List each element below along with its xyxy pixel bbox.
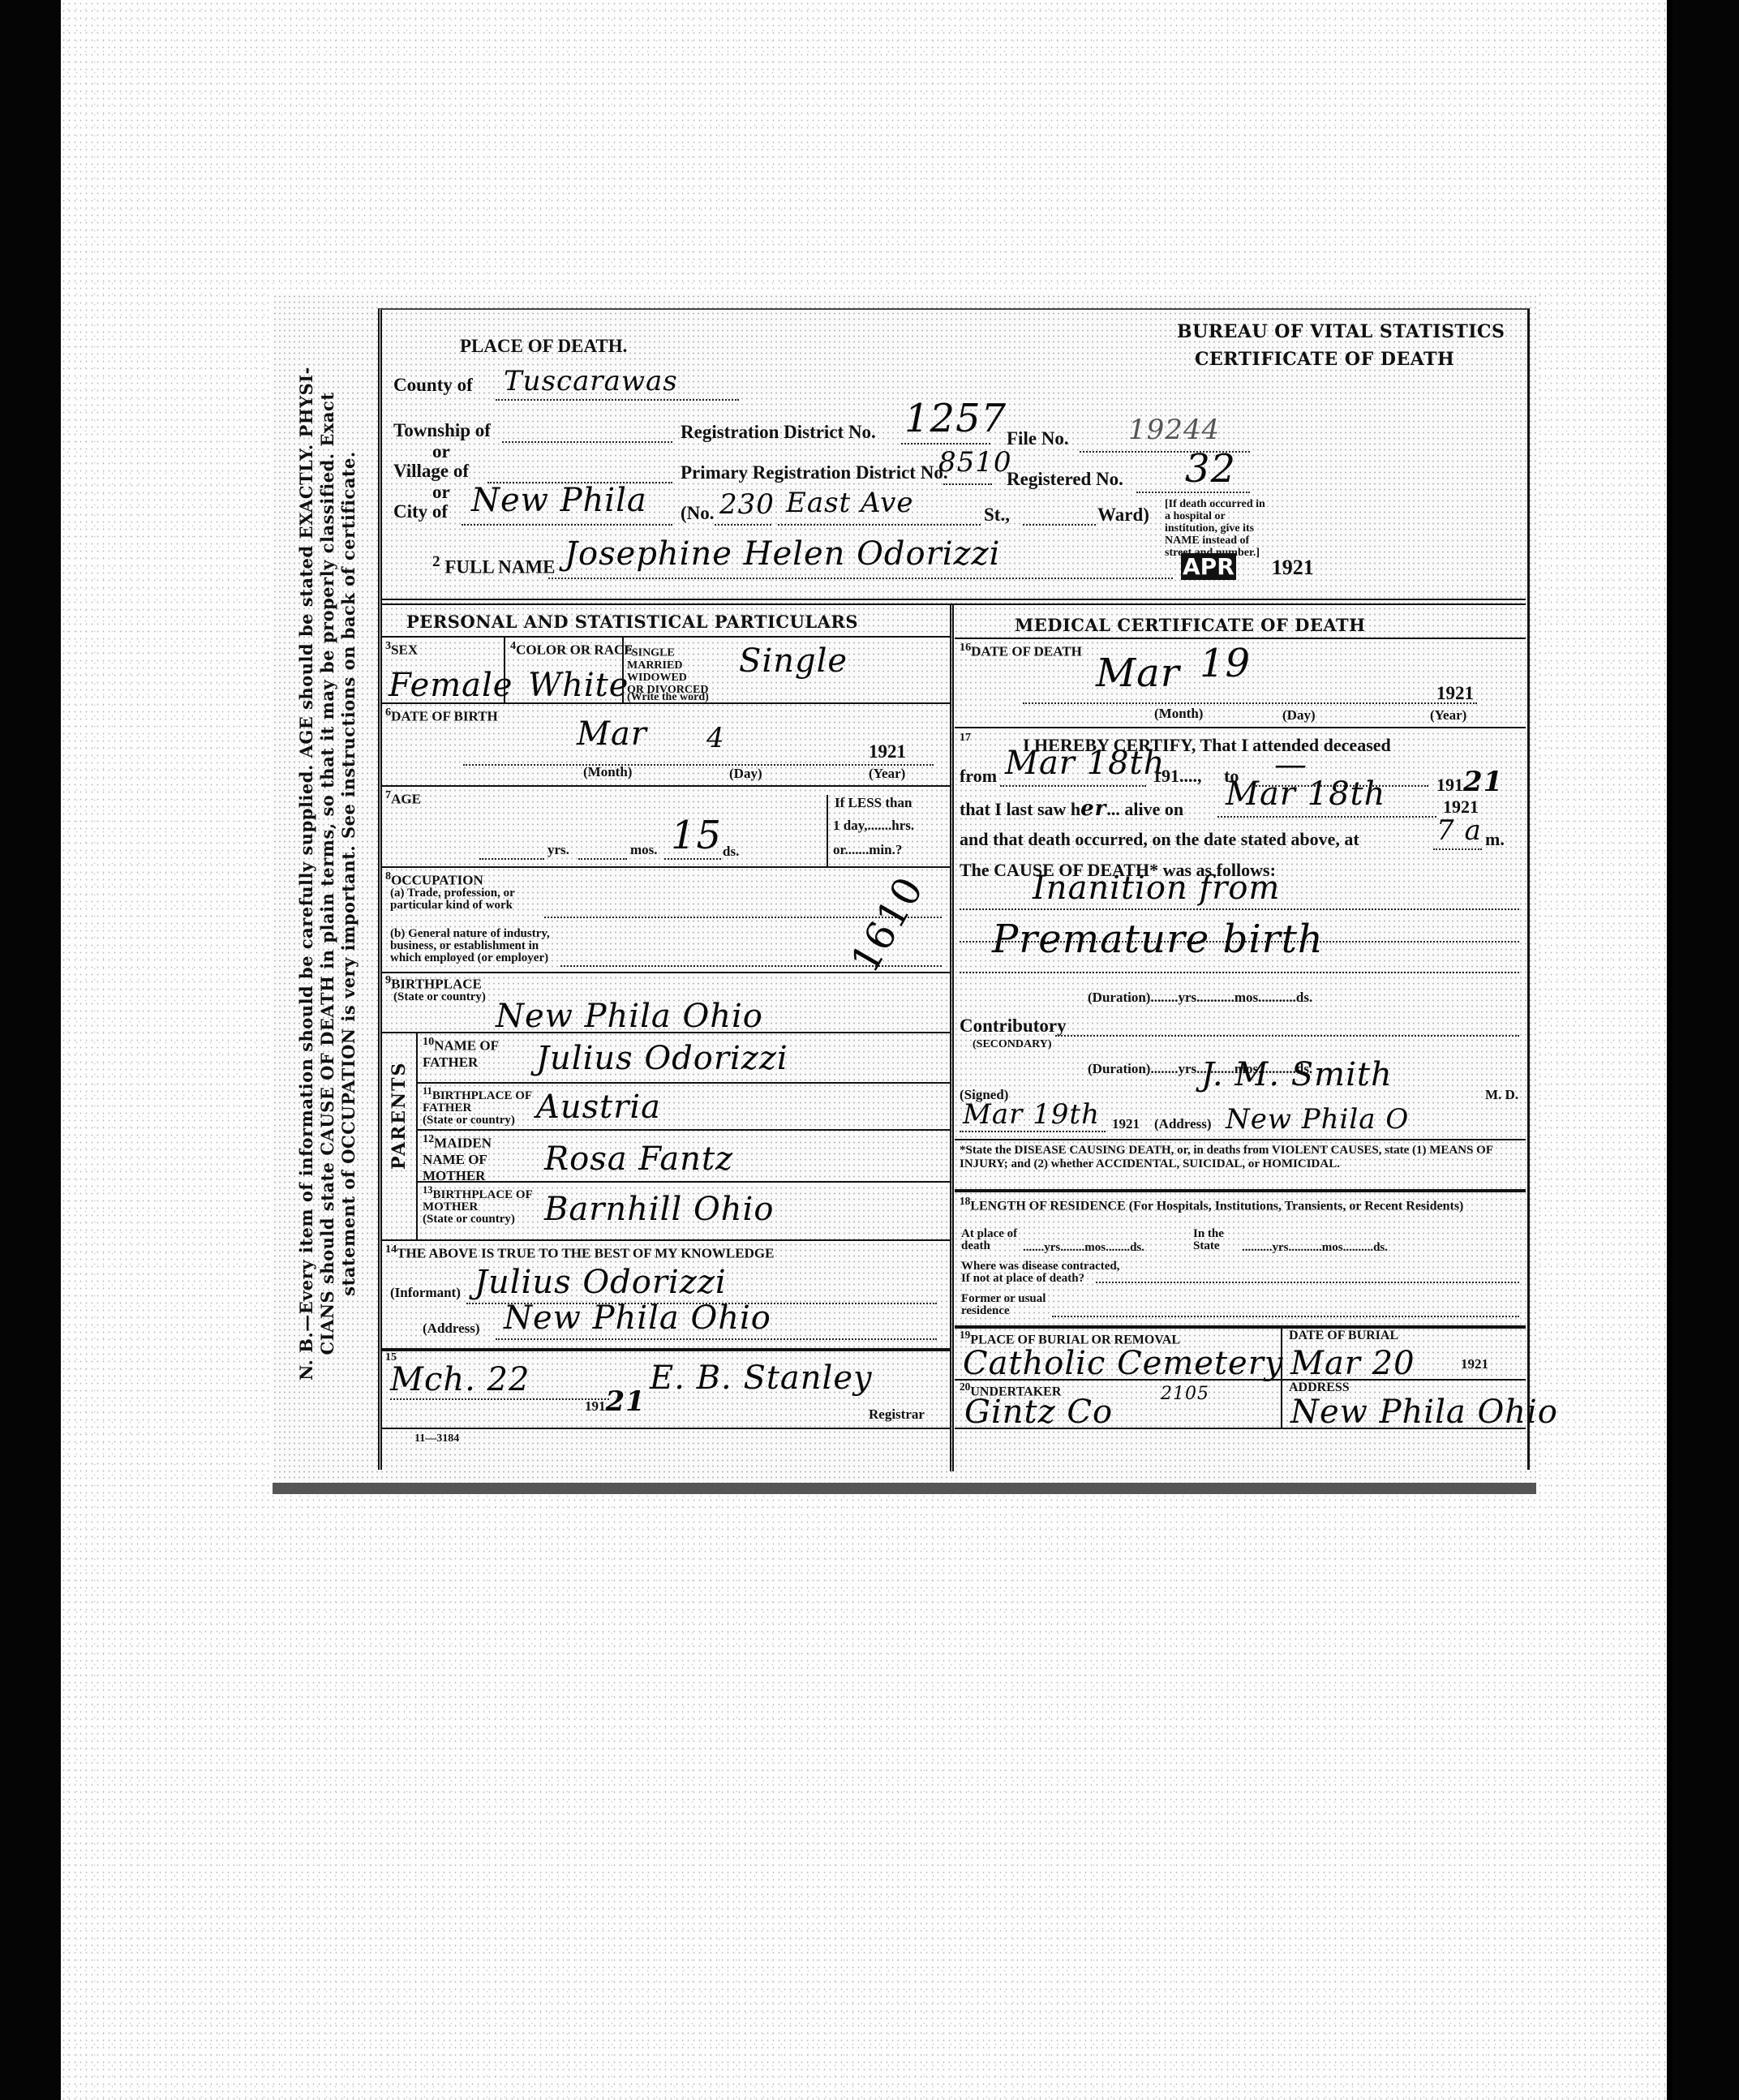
occupation-a-label: (a) Trade, profession, or particular kin… bbox=[390, 887, 544, 912]
md-label: M. D. bbox=[1485, 1087, 1518, 1103]
primary-district-field: 8510 bbox=[943, 461, 992, 485]
less-than-label: If LESS than bbox=[835, 795, 912, 811]
certificate-form: BUREAU OF VITAL STATISTICS CERTIFICATE O… bbox=[378, 308, 1530, 1470]
birthplace-value: New Phila Ohio bbox=[496, 998, 763, 1035]
street-label: St., bbox=[984, 505, 1010, 526]
or-label-3: or bbox=[833, 842, 845, 857]
signed-date-field: Mar 19th bbox=[960, 1116, 1106, 1132]
age-years-field bbox=[479, 844, 544, 860]
county-field: Tuscarawas bbox=[496, 375, 739, 401]
undertaker-address-value: New Phila Ohio bbox=[1290, 1394, 1558, 1431]
filed-date-field: Mch. 22 bbox=[390, 1382, 609, 1400]
cause-duration: (Duration)........yrs...........mos.....… bbox=[1088, 990, 1312, 1006]
dob-month: Mar bbox=[577, 715, 647, 753]
informant-value: Julius Odorizzi bbox=[474, 1264, 727, 1301]
mother-birthplace-label: 13BIRTHPLACE OF MOTHER(State or country) bbox=[423, 1184, 536, 1226]
undertaker-note: 2105 bbox=[1161, 1384, 1209, 1404]
file-no-value: 19244 bbox=[1128, 414, 1220, 446]
side-note-line-1: N. B.—Every item of information should b… bbox=[296, 306, 317, 1441]
attended-from-label: from bbox=[960, 766, 997, 787]
race-value: White bbox=[528, 667, 629, 704]
primary-district-value: 8510 bbox=[938, 446, 1012, 479]
informant-label: (Informant) bbox=[390, 1285, 461, 1301]
former-residence-field bbox=[1052, 1311, 1519, 1317]
full-name-label: 2 FULL NAME bbox=[432, 553, 555, 578]
file-no-label: File No. bbox=[1007, 428, 1069, 449]
marital-hint: (Write the word) bbox=[627, 691, 709, 703]
cause-line-1-field: Inanition from bbox=[960, 894, 1519, 910]
birthplace-hint: (State or country) bbox=[393, 991, 486, 1003]
day-caption: (Day) bbox=[729, 766, 762, 782]
dob-day: 4 bbox=[706, 722, 725, 754]
cause-line-2-field: Premature birth bbox=[960, 926, 1519, 943]
village-field bbox=[487, 461, 672, 483]
last-saw-label: that I last saw h bbox=[960, 799, 1080, 819]
form-number: 11—3184 bbox=[414, 1432, 459, 1445]
signed-date-value: Mar 19th bbox=[963, 1098, 1100, 1131]
divider bbox=[382, 702, 950, 704]
city-label: City of bbox=[393, 501, 448, 522]
scan-border-right bbox=[1672, 0, 1739, 2100]
street-value: East Ave bbox=[786, 487, 914, 519]
date-of-death-year: 1921 bbox=[1436, 683, 1474, 704]
side-instructions: N. B.—Every item of information should b… bbox=[279, 294, 376, 1454]
residence-title: 18LENGTH OF RESIDENCE (For Hospitals, In… bbox=[960, 1194, 1519, 1213]
physician-address-label: (Address) bbox=[1154, 1116, 1212, 1132]
divider bbox=[416, 1181, 950, 1183]
parents-side-label: PARENTS bbox=[389, 1062, 410, 1170]
father-name-label: 10NAME OF FATHER bbox=[423, 1035, 512, 1071]
father-birthplace-value: Austria bbox=[536, 1089, 661, 1126]
or-label: or bbox=[432, 441, 450, 462]
alive-on-value: Mar 18th bbox=[1226, 775, 1385, 813]
divider bbox=[1281, 1325, 1282, 1428]
registered-no-label: Registered No. bbox=[1007, 469, 1123, 490]
less-day-label: 1 day, bbox=[833, 818, 868, 833]
divider bbox=[382, 866, 950, 868]
contracted-field bbox=[1096, 1277, 1519, 1283]
contributory-field bbox=[1055, 1020, 1519, 1037]
informant-address-field: New Phila Ohio bbox=[496, 1322, 937, 1340]
divider bbox=[382, 636, 950, 638]
burial-place-value: Catholic Cemetery bbox=[963, 1345, 1283, 1382]
burial-date-label: DATE OF BURIAL bbox=[1289, 1329, 1398, 1343]
date-of-death-month: Mar bbox=[1096, 651, 1180, 696]
filed-year-value: 21 bbox=[606, 1385, 646, 1418]
divider bbox=[382, 599, 1526, 600]
column-divider bbox=[950, 603, 954, 1471]
mother-birthplace-value: Barnhill Ohio bbox=[544, 1191, 774, 1228]
medical-section-title: MEDICAL CERTIFICATE OF DEATH bbox=[1015, 615, 1366, 635]
divider bbox=[955, 1189, 1526, 1192]
race-label: 4COLOR OR RACE bbox=[510, 639, 633, 659]
attended-to-year: 21 bbox=[1463, 766, 1503, 798]
dob-label: 6DATE OF BIRTH bbox=[385, 706, 498, 725]
township-field bbox=[502, 420, 672, 443]
dob-field bbox=[463, 748, 934, 766]
year-caption: (Year) bbox=[869, 766, 905, 782]
full-name-field: Josephine Helen Odorizzi bbox=[548, 555, 1173, 579]
dob-year: 1921 bbox=[869, 741, 906, 762]
registered-no-value: 32 bbox=[1185, 446, 1236, 492]
dod-day-caption: (Day) bbox=[1282, 707, 1316, 724]
contributory-label: Contributory bbox=[960, 1016, 1067, 1037]
attended-from-value: Mar 18th bbox=[1005, 745, 1165, 782]
street-field: East Ave bbox=[778, 503, 981, 526]
informant-statement: 14THE ABOVE IS TRUE TO THE BEST OF MY KN… bbox=[385, 1243, 774, 1262]
cause-footnote: *State the DISEASE CAUSING DEATH, or, in… bbox=[960, 1144, 1519, 1171]
month-caption: (Month) bbox=[583, 764, 632, 780]
former-residence-label: Former or usual residence bbox=[961, 1293, 1058, 1317]
at-place-label: At place of death bbox=[961, 1228, 1026, 1252]
village-label: Village of bbox=[393, 461, 469, 482]
township-label: Township of bbox=[393, 420, 491, 441]
dod-year-caption: (Year) bbox=[1430, 707, 1466, 724]
informant-address-value: New Phila Ohio bbox=[504, 1299, 771, 1337]
primary-district-label: Primary Registration District No. bbox=[681, 462, 948, 483]
stamp-year: 1921 bbox=[1272, 556, 1314, 579]
physician-signature: J. M. Smith bbox=[1201, 1056, 1393, 1093]
certify-number: 17 bbox=[960, 732, 971, 744]
registrar-label: Registrar bbox=[869, 1406, 925, 1423]
father-name-value: Julius Odorizzi bbox=[536, 1040, 788, 1077]
divider bbox=[382, 785, 950, 787]
divider bbox=[382, 1239, 950, 1241]
attended-from-field: Mar 18th bbox=[1000, 769, 1146, 787]
divider bbox=[504, 636, 505, 702]
m-label: m. bbox=[1485, 829, 1505, 850]
divider bbox=[382, 1428, 950, 1429]
divider bbox=[416, 1032, 418, 1239]
hospital-note: [If death occurred in a hospital or inst… bbox=[1165, 498, 1270, 559]
divider bbox=[416, 1082, 950, 1084]
street-number-field: 230 bbox=[715, 503, 771, 526]
in-state-duration: ..........yrs...........mos..........ds. bbox=[1242, 1241, 1388, 1255]
age-ds-label: ds. bbox=[723, 844, 739, 860]
death-certificate: N. B.—Every item of information should b… bbox=[273, 294, 1536, 1494]
age-yrs-label: yrs. bbox=[547, 842, 569, 858]
date-of-death-field bbox=[1023, 691, 1477, 704]
alive-on-label: alive on bbox=[1124, 799, 1183, 819]
divider bbox=[955, 638, 1526, 639]
personal-section-title: PERSONAL AND STATISTICAL PARTICULARS bbox=[406, 612, 858, 632]
divider bbox=[382, 1348, 950, 1351]
min-label: min.? bbox=[869, 842, 902, 857]
divider bbox=[955, 1139, 1526, 1140]
last-saw-pronoun: er bbox=[1080, 797, 1106, 821]
dod-month-caption: (Month) bbox=[1154, 706, 1203, 722]
marital-options: 5SINGLE MARRIED WIDOWED OR DIVORCED bbox=[627, 642, 708, 696]
death-occurred-label: and that death occurred, on the date sta… bbox=[960, 829, 1359, 850]
date-of-death-label: 16DATE OF DEATH bbox=[960, 641, 1082, 660]
sex-label: 3SEX bbox=[385, 639, 418, 659]
bureau-title: BUREAU OF VITAL STATISTICS bbox=[1177, 321, 1505, 342]
county-value: Tuscarawas bbox=[504, 365, 678, 397]
divider bbox=[382, 1032, 950, 1033]
death-time-value: 7 a bbox=[1436, 814, 1482, 847]
registration-district-field: 1257 bbox=[901, 420, 990, 444]
scan-border-left bbox=[0, 0, 63, 2100]
age-days-field: 15 bbox=[664, 844, 721, 860]
in-state-label: In the State bbox=[1193, 1228, 1242, 1252]
father-birthplace-label: 11BIRTHPLACE OF FATHER(State or country) bbox=[423, 1085, 536, 1127]
registered-no-field: 32 bbox=[1136, 469, 1250, 493]
registrar-signature: E. B. Stanley bbox=[650, 1359, 873, 1397]
death-time-field: 7 a bbox=[1433, 832, 1482, 850]
mother-name-value: Rosa Fantz bbox=[544, 1140, 733, 1178]
divider bbox=[622, 636, 624, 702]
age-label: 7AGE bbox=[385, 788, 421, 808]
secondary-label: (SECONDARY) bbox=[973, 1038, 1052, 1050]
street-number-label: (No. bbox=[681, 503, 715, 524]
side-note-line-3: statement of OCCUPATION is very importan… bbox=[338, 306, 359, 1441]
ward-label: Ward) bbox=[1097, 505, 1149, 526]
or-label-2: or bbox=[432, 482, 450, 503]
mother-name-label: 12MAIDEN NAME OF MOTHER bbox=[423, 1132, 520, 1184]
divider bbox=[827, 795, 828, 866]
city-field: New Phila bbox=[462, 501, 672, 526]
divider bbox=[416, 1129, 950, 1131]
filed-date-value: Mch. 22 bbox=[390, 1361, 530, 1398]
side-note-line-2: CIANS should state CAUSE OF DEATH in pla… bbox=[317, 306, 338, 1441]
cause-line-2: Premature birth bbox=[992, 917, 1324, 962]
filed-year-prefix: 191 bbox=[585, 1398, 606, 1414]
physician-address-value: New Phila O bbox=[1226, 1103, 1409, 1136]
hrs-label: hrs. bbox=[891, 818, 914, 833]
divider bbox=[955, 727, 1526, 728]
registration-district-value: 1257 bbox=[904, 396, 1007, 441]
undertaker-value: Gintz Co bbox=[964, 1394, 1113, 1431]
divider bbox=[382, 603, 1526, 605]
place-of-death-heading: PLACE OF DEATH. bbox=[460, 336, 627, 357]
burial-year: 1921 bbox=[1461, 1356, 1488, 1372]
street-number-value: 230 bbox=[719, 488, 775, 521]
city-value: New Phila bbox=[471, 482, 647, 519]
full-name-value: Josephine Helen Odorizzi bbox=[565, 535, 1000, 573]
burial-date-value: Mar 20 bbox=[1290, 1345, 1415, 1382]
age-months-field bbox=[578, 844, 627, 860]
date-of-death-day: 19 bbox=[1200, 641, 1251, 686]
cause-line-3-field bbox=[960, 957, 1519, 973]
divider bbox=[955, 1428, 1526, 1429]
registration-district-label: Registration District No. bbox=[681, 422, 876, 443]
signed-year: 1921 bbox=[1112, 1116, 1140, 1132]
age-mos-label: mos. bbox=[630, 842, 658, 858]
sex-value: Female bbox=[389, 667, 513, 704]
alive-on-field: Mar 18th bbox=[1217, 800, 1436, 818]
ward-field bbox=[1023, 505, 1096, 526]
age-days-value: 15 bbox=[671, 813, 722, 858]
occupation-b-label: (b) General nature of industry, business… bbox=[390, 928, 560, 964]
at-place-duration: .......yrs........mos........ds. bbox=[1023, 1241, 1144, 1255]
cause-line-1: Inanition from bbox=[1033, 870, 1280, 907]
county-label: County of bbox=[393, 375, 473, 396]
certificate-title: CERTIFICATE OF DEATH bbox=[1195, 349, 1454, 370]
stamp-month: APR bbox=[1181, 553, 1236, 580]
received-stamp: APR 1921 bbox=[1181, 553, 1314, 580]
marital-value: Single bbox=[739, 642, 848, 680]
informant-address-label: (Address) bbox=[423, 1321, 480, 1337]
